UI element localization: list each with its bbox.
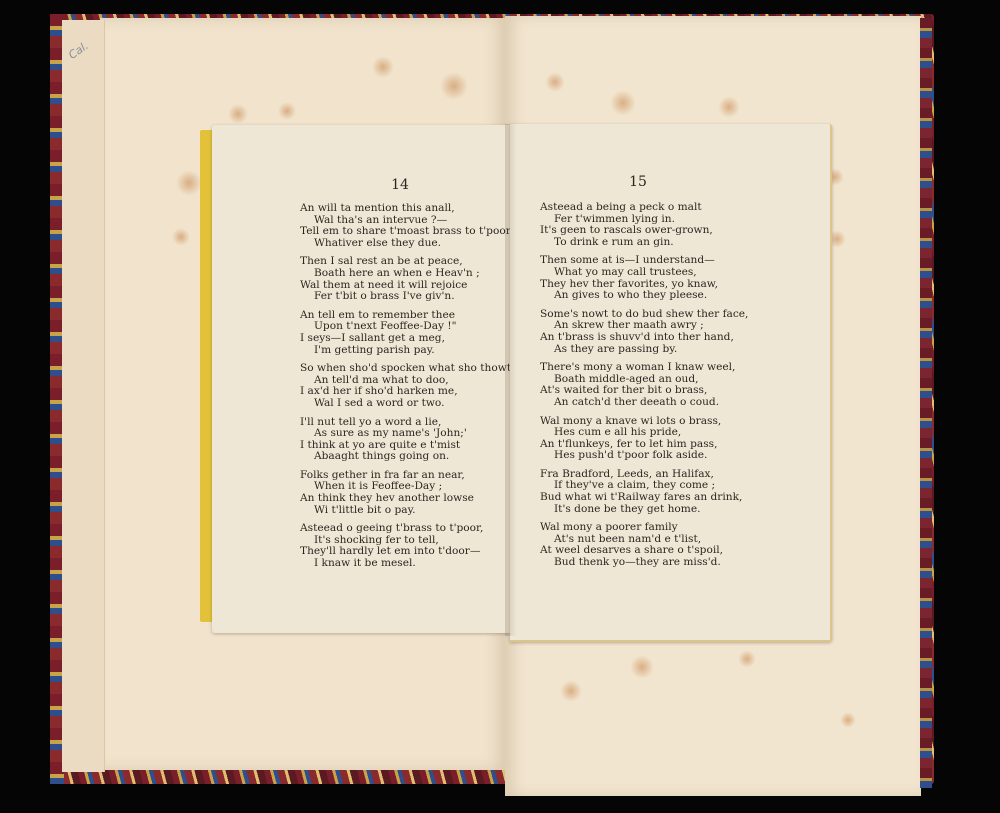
stanza: So when sho'd spocken what sho thowt,An … bbox=[300, 363, 514, 409]
poem-text: Asteead a being a peck o maltFer t'wimme… bbox=[540, 202, 748, 576]
stanza: Asteead o geeing t'brass to t'poor,It's … bbox=[300, 523, 514, 569]
marbled-edge-right bbox=[920, 18, 932, 788]
verse-line: Bud what wi t'Railway fares an drink, bbox=[540, 492, 748, 504]
foxing-stain bbox=[228, 104, 248, 124]
verse-line: Hes push'd t'poor folk aside. bbox=[540, 450, 748, 462]
foxing-stain bbox=[372, 56, 394, 78]
foxing-stain bbox=[560, 680, 582, 702]
stanza: Folks gether in fra far an near,When it … bbox=[300, 470, 514, 516]
verse-line: Bud thenk yo—they are miss'd. bbox=[540, 557, 748, 569]
verse-line: There's mony a woman I knaw weel, bbox=[540, 362, 748, 374]
verse-line: Fer t'bit o brass I've giv'n. bbox=[300, 291, 514, 303]
verse-line: An t'brass is shuvv'd into ther hand, bbox=[540, 332, 748, 344]
stanza: Wal mony a knave wi lots o brass,Hes cum… bbox=[540, 416, 748, 462]
stanza: Some's nowt to do bud shew ther face,An … bbox=[540, 309, 748, 355]
flyleaf-left bbox=[62, 20, 105, 772]
verse-line: I'm getting parish pay. bbox=[300, 345, 514, 357]
stanza: An tell em to remember theeUpon t'next F… bbox=[300, 310, 514, 356]
foxing-stain bbox=[440, 72, 468, 100]
stanza: Fra Bradford, Leeds, an Halifax,If they'… bbox=[540, 469, 748, 515]
verse-line: I knaw it be mesel. bbox=[300, 558, 514, 570]
poem-text: An will ta mention this anall,Wal tha's … bbox=[300, 203, 514, 577]
stanza: Then some at is—I understand—What yo may… bbox=[540, 255, 748, 301]
verse-line: Wal I sed a word or two. bbox=[300, 398, 514, 410]
verse-line: As they are passing by. bbox=[540, 344, 748, 356]
verse-line: An will ta mention this anall, bbox=[300, 203, 514, 215]
stanza: I'll nut tell yo a word a lie,As sure as… bbox=[300, 417, 514, 463]
booklet-page-15: 15 Asteead a being a peck o maltFer t'wi… bbox=[510, 124, 832, 642]
foxing-stain bbox=[278, 102, 296, 120]
page-number: 15 bbox=[618, 174, 658, 190]
foxing-stain bbox=[738, 650, 756, 668]
verse-line: I seys—I sallant get a meg, bbox=[300, 333, 514, 345]
foxing-stain bbox=[718, 96, 740, 118]
verse-line: An gives to who they pleese. bbox=[540, 290, 748, 302]
booklet-gutter bbox=[505, 124, 517, 636]
foxing-stain bbox=[172, 228, 190, 246]
stanza: Asteead a being a peck o maltFer t'wimme… bbox=[540, 202, 748, 248]
verse-line: Abaaght things going on. bbox=[300, 451, 514, 463]
verse-line: Whativer else they due. bbox=[300, 238, 514, 250]
stanza: An will ta mention this anall,Wal tha's … bbox=[300, 203, 514, 249]
verse-line: What yo may call trustees, bbox=[540, 267, 748, 279]
verse-line: Wi t'little bit o pay. bbox=[300, 505, 514, 517]
verse-line: Boath here an when e Heav'n ; bbox=[300, 268, 514, 280]
verse-line: So when sho'd spocken what sho thowt, bbox=[300, 363, 514, 375]
verse-line: An catch'd ther deeath o coud. bbox=[540, 397, 748, 409]
verse-line: Asteead a being a peck o malt bbox=[540, 202, 748, 214]
stanza: Wal mony a poorer familyAt's nut been na… bbox=[540, 522, 748, 568]
verse-line: To drink e rum an gin. bbox=[540, 237, 748, 249]
foxing-stain bbox=[840, 712, 856, 728]
foxing-stain bbox=[176, 170, 202, 196]
verse-line: As sure as my name's 'John;' bbox=[300, 428, 514, 440]
verse-line: An think they hev another lowse bbox=[300, 493, 514, 505]
stanza: Then I sal rest an be at peace,Boath her… bbox=[300, 256, 514, 302]
stanza: There's mony a woman I knaw weel,Boath m… bbox=[540, 362, 748, 408]
foxing-stain bbox=[630, 655, 654, 679]
verse-line: Hes cum e all his pride, bbox=[540, 427, 748, 439]
page-number: 14 bbox=[380, 177, 420, 193]
foxing-stain bbox=[545, 72, 565, 92]
booklet-page-14: 14 An will ta mention this anall,Wal tha… bbox=[212, 125, 510, 633]
foxing-stain bbox=[610, 90, 636, 116]
verse-line: It's done be they get home. bbox=[540, 504, 748, 516]
